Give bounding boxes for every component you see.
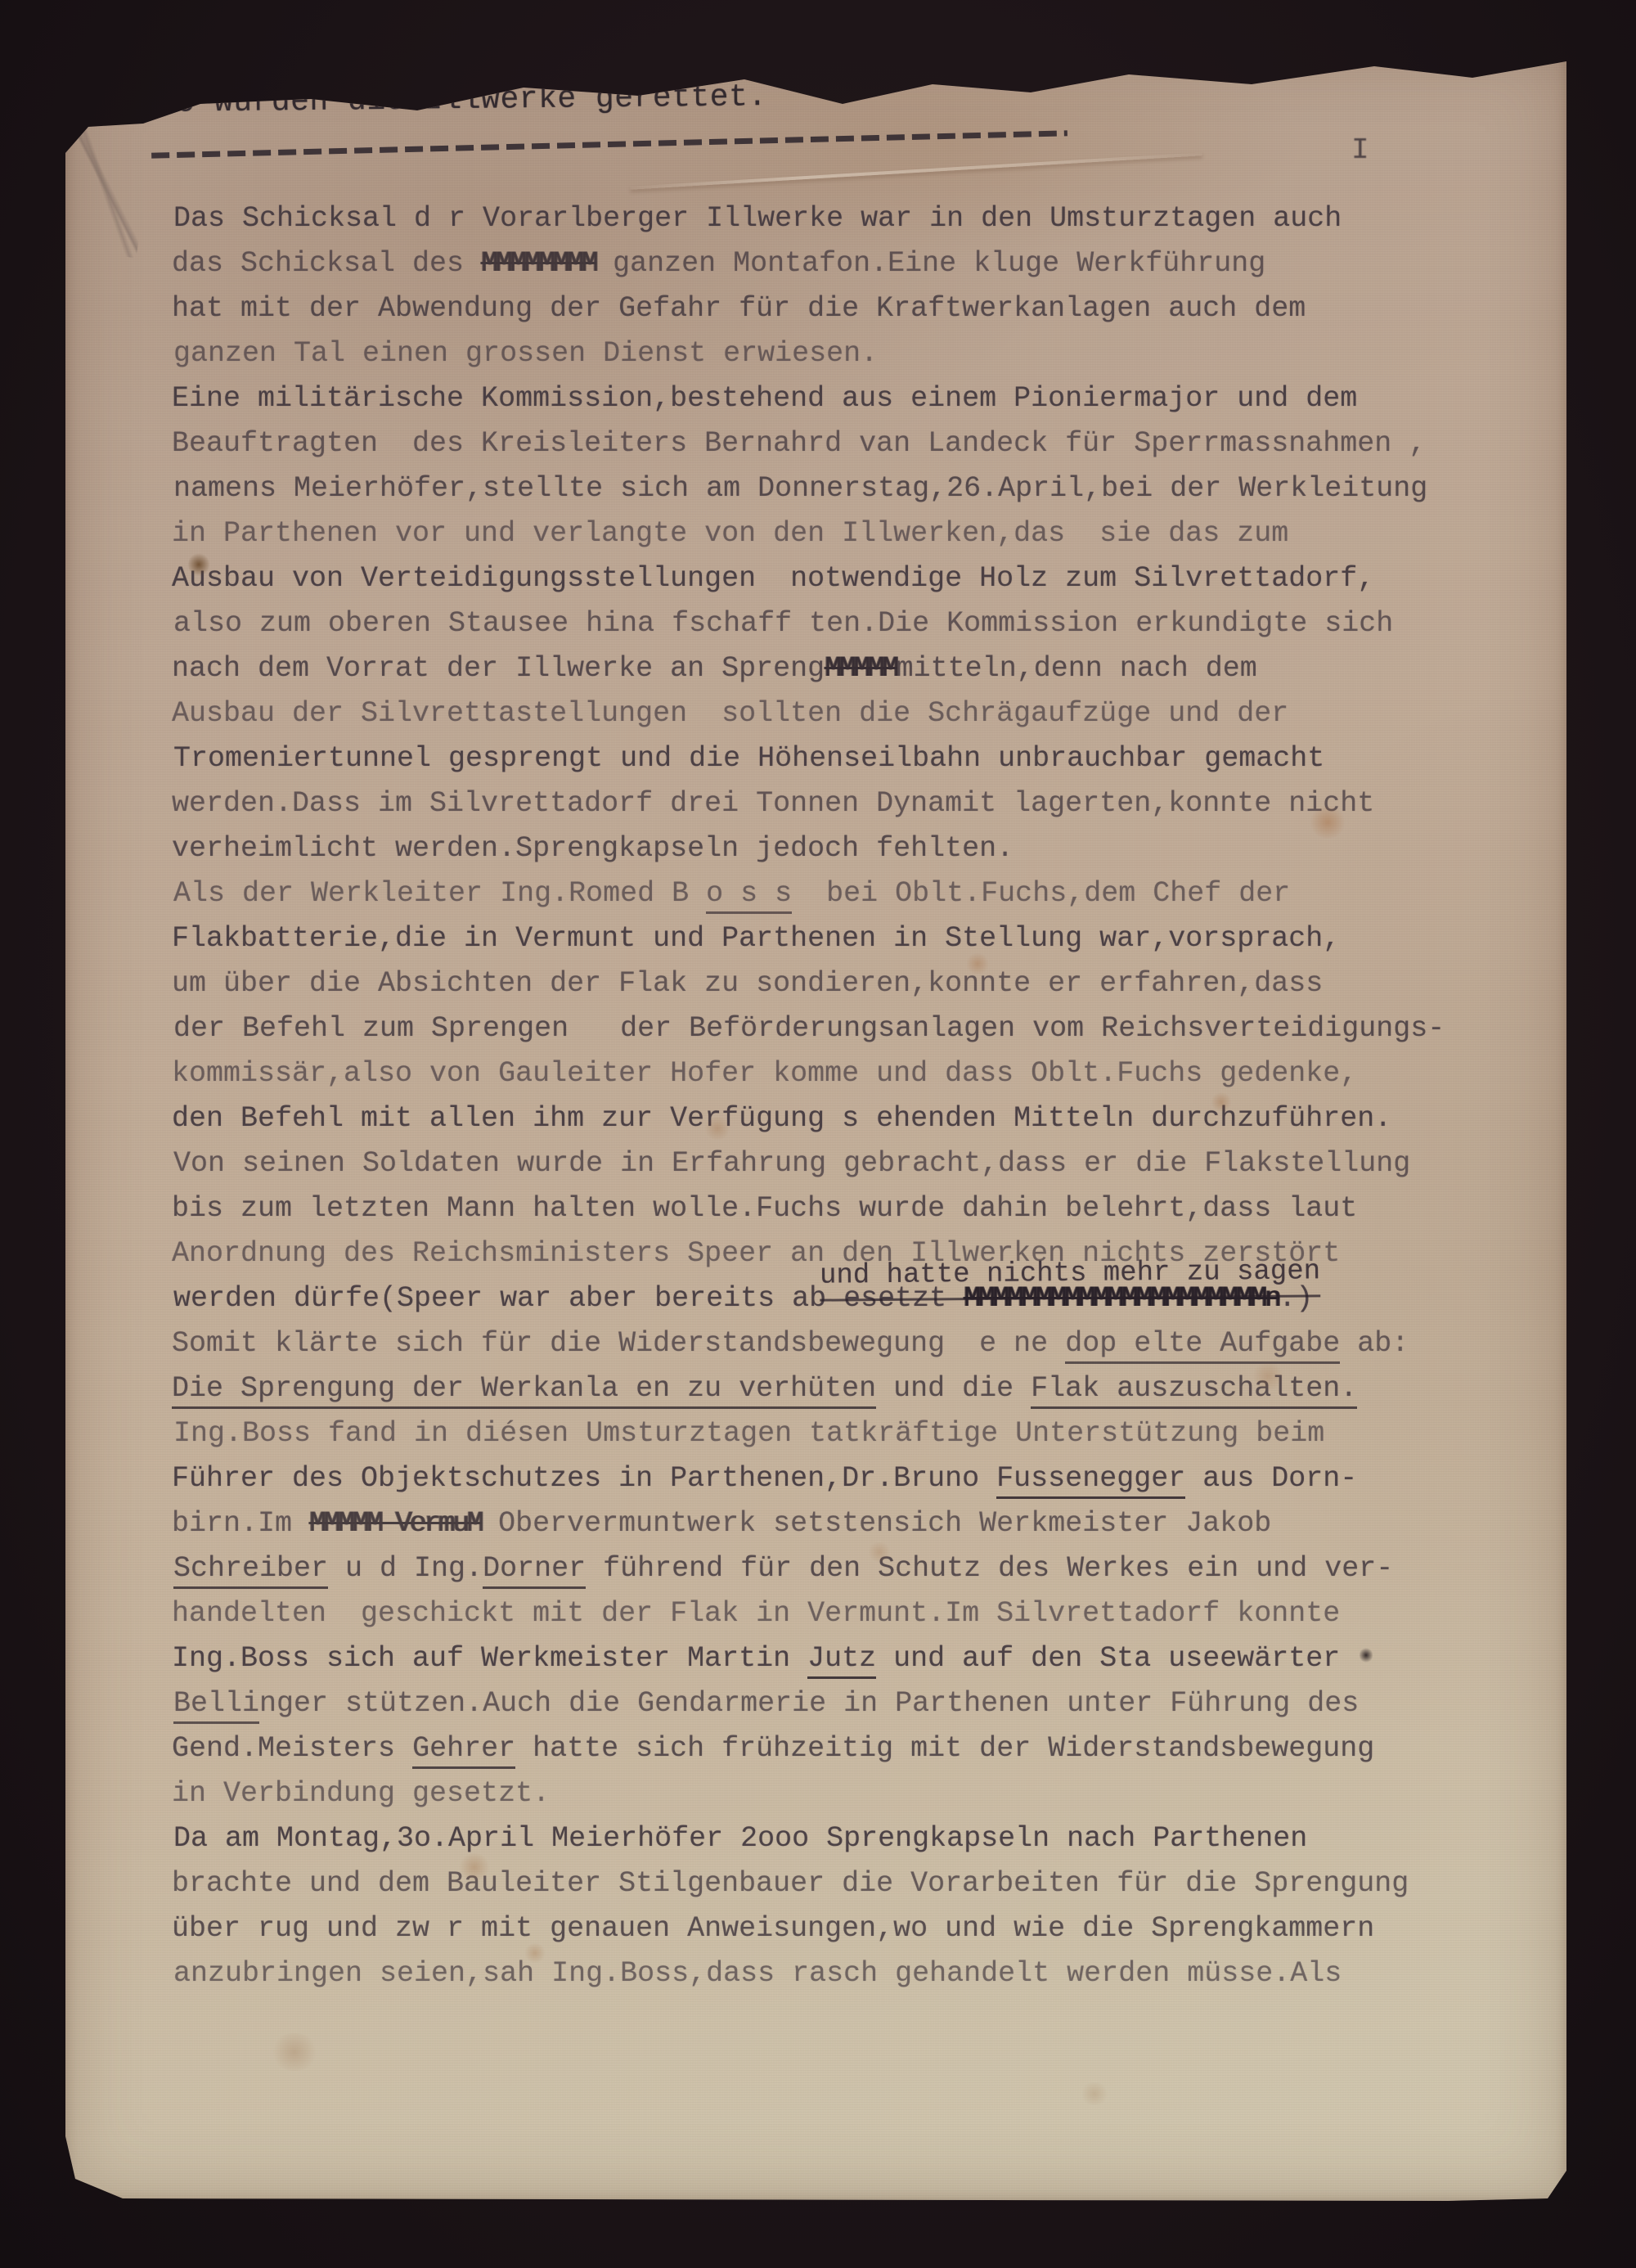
typewritten-text: Gehrer — [412, 1732, 515, 1769]
text-line: Ing.Boss fand in diésen Umsturztagen tat… — [173, 1411, 1568, 1456]
typewritten-text: in Verbindung gesetzt. — [172, 1777, 550, 1810]
typewritten-text: Eine militärische Kommission,bestehend a… — [172, 382, 1357, 415]
text-line: Ing.Boss sich auf Werkmeister Martin Jut… — [172, 1636, 1566, 1681]
text-line: über rug und zw r mit genauen Anweisunge… — [172, 1906, 1566, 1951]
struck-out-text: MMMMMMMM — [481, 247, 596, 280]
typewritten-text: werden.Dass im Silvrettadorf drei Tonnen… — [172, 787, 1374, 820]
typewritten-text: Dorner — [483, 1552, 586, 1589]
text-line: birn.Im MMMMM VermuM Obervermuntwerk set… — [172, 1501, 1566, 1546]
typewritten-text: Ausbau von Verteidigungsstellungen notwe… — [172, 562, 1374, 595]
typewritten-text: nach dem Vorrat der Illwerke an Spreng — [172, 652, 825, 685]
typewritten-text: und die — [876, 1372, 1031, 1405]
typewritten-text: Beauftragten des Kreisleiters Bernahrd v… — [172, 427, 1426, 460]
typewritten-text: mitteln,denn nach dem — [897, 652, 1257, 685]
text-line: verheimlicht werden.Sprengkapseln jedoch… — [172, 826, 1566, 871]
typewritten-text: hat mit der Abwendung der Gefahr für die… — [172, 292, 1306, 325]
page-title: So wurden die Illwerke gerettet. — [157, 79, 767, 121]
typewritten-text: über rug und zw r mit genauen Anweisunge… — [172, 1912, 1374, 1945]
typewritten-text: Fussenegger — [996, 1462, 1185, 1499]
paper-crease — [630, 152, 1202, 190]
typewritten-text: birn.Im — [172, 1507, 309, 1540]
typewritten-text: Als der Werkleiter Ing.Romed B — [173, 877, 706, 910]
text-line: Als der Werkleiter Ing.Romed B o s s bei… — [173, 871, 1568, 916]
typewritten-text: das Schicksal des — [172, 247, 481, 280]
typewritten-text: ganzen Montafon.Eine kluge Werkführung — [596, 247, 1265, 280]
text-line: kommissär,also von Gauleiter Hofer komme… — [172, 1051, 1566, 1096]
typewritten-text: nger stützen.Auch die Gendarmerie in Par… — [259, 1687, 1359, 1720]
typewritten-text: hatte sich frühzeitig mit der Widerstand… — [515, 1732, 1374, 1765]
photo-background: { "document": { "title": "So wurden die … — [0, 0, 1636, 2268]
typewritten-text: brachte und dem Bauleiter Stilgenbauer d… — [172, 1867, 1409, 1900]
text-line: um über die Absichten der Flak zu sondie… — [172, 961, 1566, 1006]
typewritten-text: Die Sprengung der Werkanla en zu verhüte… — [172, 1372, 876, 1409]
stain — [1080, 2082, 1109, 2105]
typewritten-text: dop elte Aufgabe — [1065, 1327, 1340, 1364]
typewritten-text: Flakbatterie,die in Vermunt und Parthene… — [172, 922, 1340, 955]
typewritten-text: und auf den Sta useewärter — [876, 1642, 1340, 1675]
typewritten-text: Tromeniertunnel gesprengt und die Höhens… — [173, 742, 1324, 775]
typewritten-text: in Parthenen vor und verlangte von den I… — [172, 517, 1288, 550]
typewritten-text: bei Oblt.Fuchs,dem Chef der — [792, 877, 1290, 910]
typewritten-text: Ausbau der Silvrettastellungen sollten d… — [172, 697, 1288, 730]
text-line: hat mit der Abwendung der Gefahr für die… — [172, 286, 1566, 331]
edge-pencil-marks — [63, 119, 154, 259]
text-line: Bellinger stützen.Auch die Gendarmerie i… — [173, 1681, 1568, 1726]
text-line: anzubringen seien,sah Ing.Boss,dass rasc… — [173, 1951, 1568, 1996]
text-line: bis zum letzten Mann halten wolle.Fuchs … — [172, 1186, 1566, 1231]
text-line: Von seinen Soldaten wurde in Erfahrung g… — [173, 1141, 1568, 1186]
typewritten-text: der Befehl zum Sprengen der Beförderungs… — [173, 1012, 1445, 1045]
typewritten-text: Ing.Boss fand in diésen Umsturztagen tat… — [173, 1417, 1324, 1450]
typewritten-text: ganzen Tal einen grossen Dienst erwiesen… — [173, 337, 878, 370]
text-line: Flakbatterie,die in Vermunt und Parthene… — [172, 916, 1566, 961]
page-number: I — [1351, 133, 1369, 167]
text-line: Somit klärte sich für die Widerstandsbew… — [172, 1321, 1566, 1366]
typewritten-text: bis zum letzten Mann halten wolle.Fuchs … — [172, 1192, 1357, 1225]
typewritten-text: führend für den Schutz des Werkes ein un… — [586, 1552, 1393, 1585]
typewritten-text: Gend.Meisters — [172, 1732, 412, 1765]
typewritten-text: Führer des Objektschutzes in Parthenen,D… — [172, 1462, 996, 1495]
scanned-paper-sheet: So wurden die Illwerke gerettet. I Das S… — [65, 45, 1566, 2201]
text-line: werden dürfe(Speer war aber bereits ab e… — [173, 1276, 1568, 1321]
text-line: also zum oberen Stausee hina fschaff ten… — [173, 601, 1568, 646]
typewritten-text: Flak auszuschalten. — [1031, 1372, 1357, 1409]
typewritten-text: um über die Absichten der Flak zu sondie… — [172, 967, 1323, 1000]
typewritten-text: Ing.Boss sich auf Werkmeister Martin — [172, 1642, 807, 1675]
typewritten-text: Belli — [173, 1687, 259, 1724]
text-line: Beauftragten des Kreisleiters Bernahrd v… — [172, 421, 1566, 466]
typewritten-text: aus Dorn- — [1185, 1462, 1357, 1495]
text-line: in Verbindung gesetzt. — [172, 1771, 1566, 1816]
text-line: in Parthenen vor und verlangte von den I… — [172, 511, 1566, 556]
typewritten-text: o s s — [706, 877, 792, 914]
text-line: handelten geschickt mit der Flak in Verm… — [172, 1591, 1566, 1636]
text-line: Führer des Objektschutzes in Parthenen,D… — [172, 1456, 1566, 1501]
text-line: Das Schicksal d r Vorarlberger Illwerke … — [173, 196, 1568, 241]
text-line: werden.Dass im Silvrettadorf drei Tonnen… — [172, 781, 1566, 826]
text-line: Da am Montag,3o.April Meierhöfer 2ooo Sp… — [173, 1816, 1568, 1861]
typewritten-text: Jutz — [807, 1642, 876, 1679]
text-line: nach dem Vorrat der Illwerke an SprengMM… — [172, 646, 1566, 691]
stain — [270, 2033, 319, 2071]
struck-out-text: MMMMM — [825, 652, 897, 685]
typewritten-text: Da am Montag,3o.April Meierhöfer 2ooo Sp… — [173, 1822, 1307, 1855]
text-line: Ausbau von Verteidigungsstellungen notwe… — [172, 556, 1566, 601]
text-line: Gend.Meisters Gehrer hatte sich frühzeit… — [172, 1726, 1566, 1771]
typewritten-text: namens Meierhöfer,stellte sich am Donner… — [173, 472, 1427, 505]
typewritten-text: verheimlicht werden.Sprengkapseln jedoch… — [172, 832, 1014, 865]
title-underline — [151, 130, 1067, 158]
typewritten-text: Schreiber — [173, 1552, 328, 1589]
typewritten-text: kommissär,also von Gauleiter Hofer komme… — [172, 1057, 1357, 1090]
text-line: brachte und dem Bauleiter Stilgenbauer d… — [172, 1861, 1566, 1906]
typewritten-text: handelten geschickt mit der Flak in Verm… — [172, 1597, 1340, 1630]
text-line: Die Sprengung der Werkanla en zu verhüte… — [172, 1366, 1566, 1411]
struck-out-text: MMMMM VermuM — [309, 1507, 481, 1540]
typewritten-text: anzubringen seien,sah Ing.Boss,dass rasc… — [173, 1957, 1342, 1990]
text-line: das Schicksal des MMMMMMMM ganzen Montaf… — [172, 241, 1566, 286]
typewritten-text: ab: — [1340, 1327, 1409, 1360]
typewritten-text: den Befehl mit allen ihm zur Verfügung s… — [172, 1102, 1391, 1135]
text-line: Schreiber u d Ing.Dorner führend für den… — [173, 1546, 1568, 1591]
typewritten-text: Somit klärte sich für die Widerstandsbew… — [172, 1327, 1065, 1360]
typewritten-text: Obervermuntwerk setstensich Werkmeister … — [481, 1507, 1271, 1540]
typewritten-text: u d Ing. — [328, 1552, 483, 1585]
text-line: Eine militärische Kommission,bestehend a… — [172, 376, 1566, 421]
typewritten-text: Von seinen Soldaten wurde in Erfahrung g… — [173, 1147, 1410, 1180]
typewritten-text: Das Schicksal d r Vorarlberger Illwerke … — [173, 202, 1342, 235]
text-line: Tromeniertunnel gesprengt und die Höhens… — [173, 736, 1568, 781]
text-line: ganzen Tal einen grossen Dienst erwiesen… — [173, 331, 1568, 376]
text-line: namens Meierhöfer,stellte sich am Donner… — [173, 466, 1568, 511]
text-line: der Befehl zum Sprengen der Beförderungs… — [173, 1006, 1568, 1051]
inserted-text: und hatte nichts mehr zu sagen — [820, 1249, 1321, 1301]
typewritten-text: also zum oberen Stausee hina fschaff ten… — [173, 607, 1393, 640]
text-line: den Befehl mit allen ihm zur Verfügung s… — [172, 1096, 1566, 1141]
text-line: Ausbau der Silvrettastellungen sollten d… — [172, 691, 1566, 736]
text-body: Das Schicksal d r Vorarlberger Illwerke … — [172, 196, 1566, 1996]
